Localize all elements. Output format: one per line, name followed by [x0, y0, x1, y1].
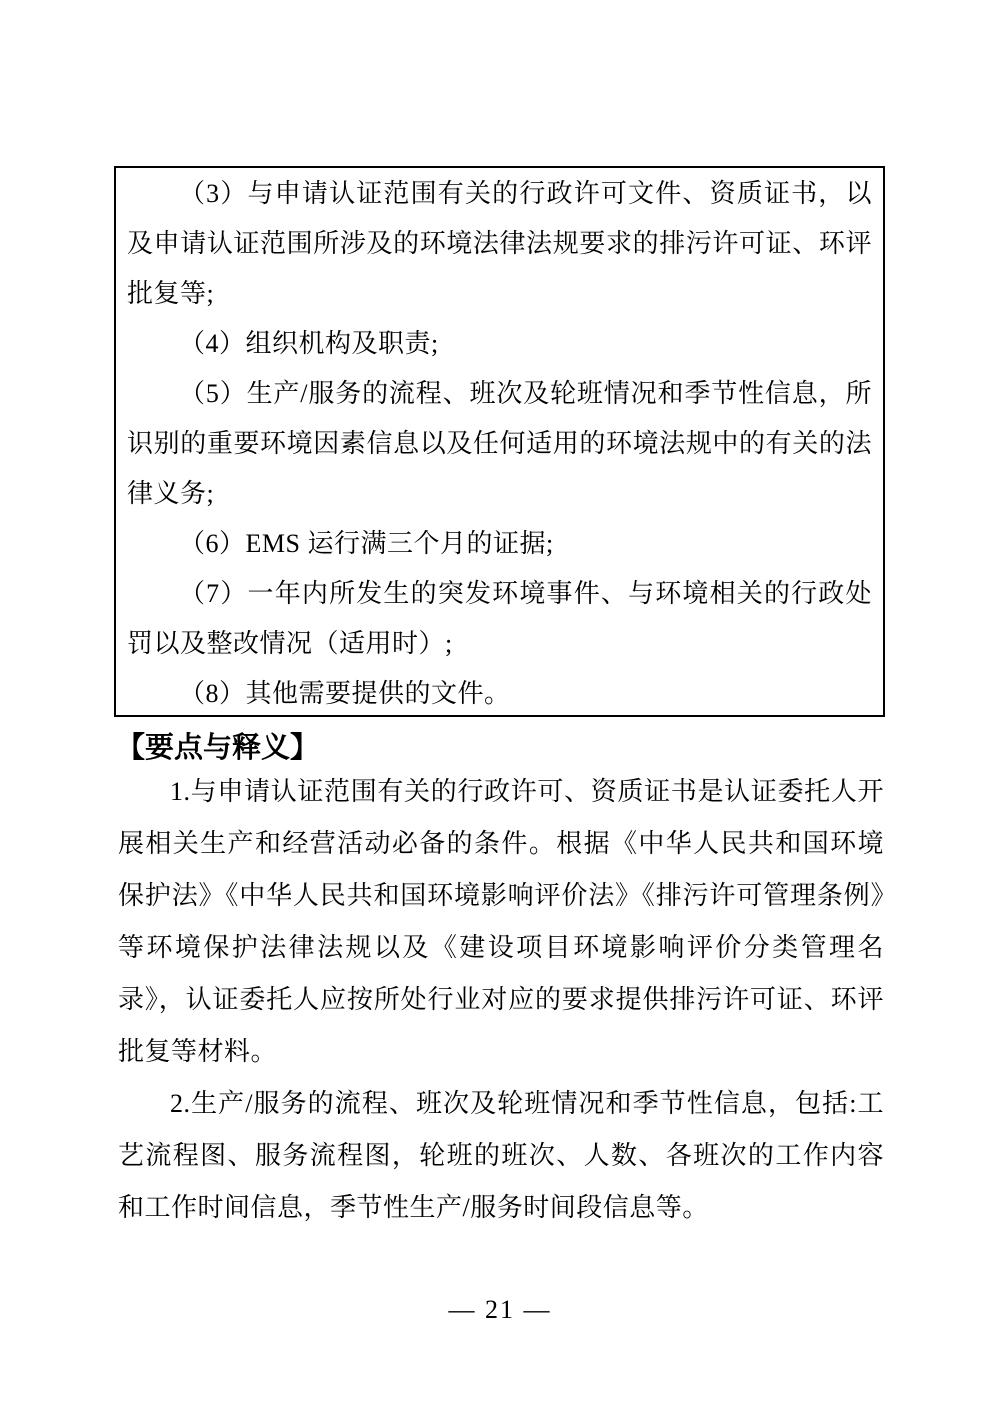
document-page: （3）与申请认证范围有关的行政许可文件、资质证书，以及申请认证范围所涉及的环境法…	[0, 0, 1000, 1414]
requirement-item-4: （4）组织机构及职责;	[127, 319, 872, 369]
explanation-paragraph-2: 2.生产/服务的流程、班次及轮班情况和季节性信息，包括:工艺流程图、服务流程图，…	[118, 1078, 884, 1234]
requirement-item-6: （6）EMS 运行满三个月的证据;	[127, 519, 872, 569]
explanation-section: 1.与申请认证范围有关的行政许可、资质证书是认证委托人开展相关生产和经营活动必备…	[118, 766, 884, 1234]
requirements-box: （3）与申请认证范围有关的行政许可文件、资质证书，以及申请认证范围所涉及的环境法…	[114, 166, 885, 717]
requirement-item-5: （5）生产/服务的流程、班次及轮班情况和季节性信息，所识别的重要环境因素信息以及…	[127, 369, 872, 519]
requirement-item-8: （8）其他需要提供的文件。	[127, 669, 872, 717]
requirement-item-3: （3）与申请认证范围有关的行政许可文件、资质证书，以及申请认证范围所涉及的环境法…	[127, 169, 872, 319]
page-number: — 21 —	[0, 1294, 1000, 1326]
explanation-paragraph-1: 1.与申请认证范围有关的行政许可、资质证书是认证委托人开展相关生产和经营活动必备…	[118, 766, 884, 1078]
requirement-item-7: （7）一年内所发生的突发环境事件、与环境相关的行政处罚以及整改情况（适用时）;	[127, 569, 872, 669]
section-heading: 【要点与释义】	[116, 728, 319, 768]
